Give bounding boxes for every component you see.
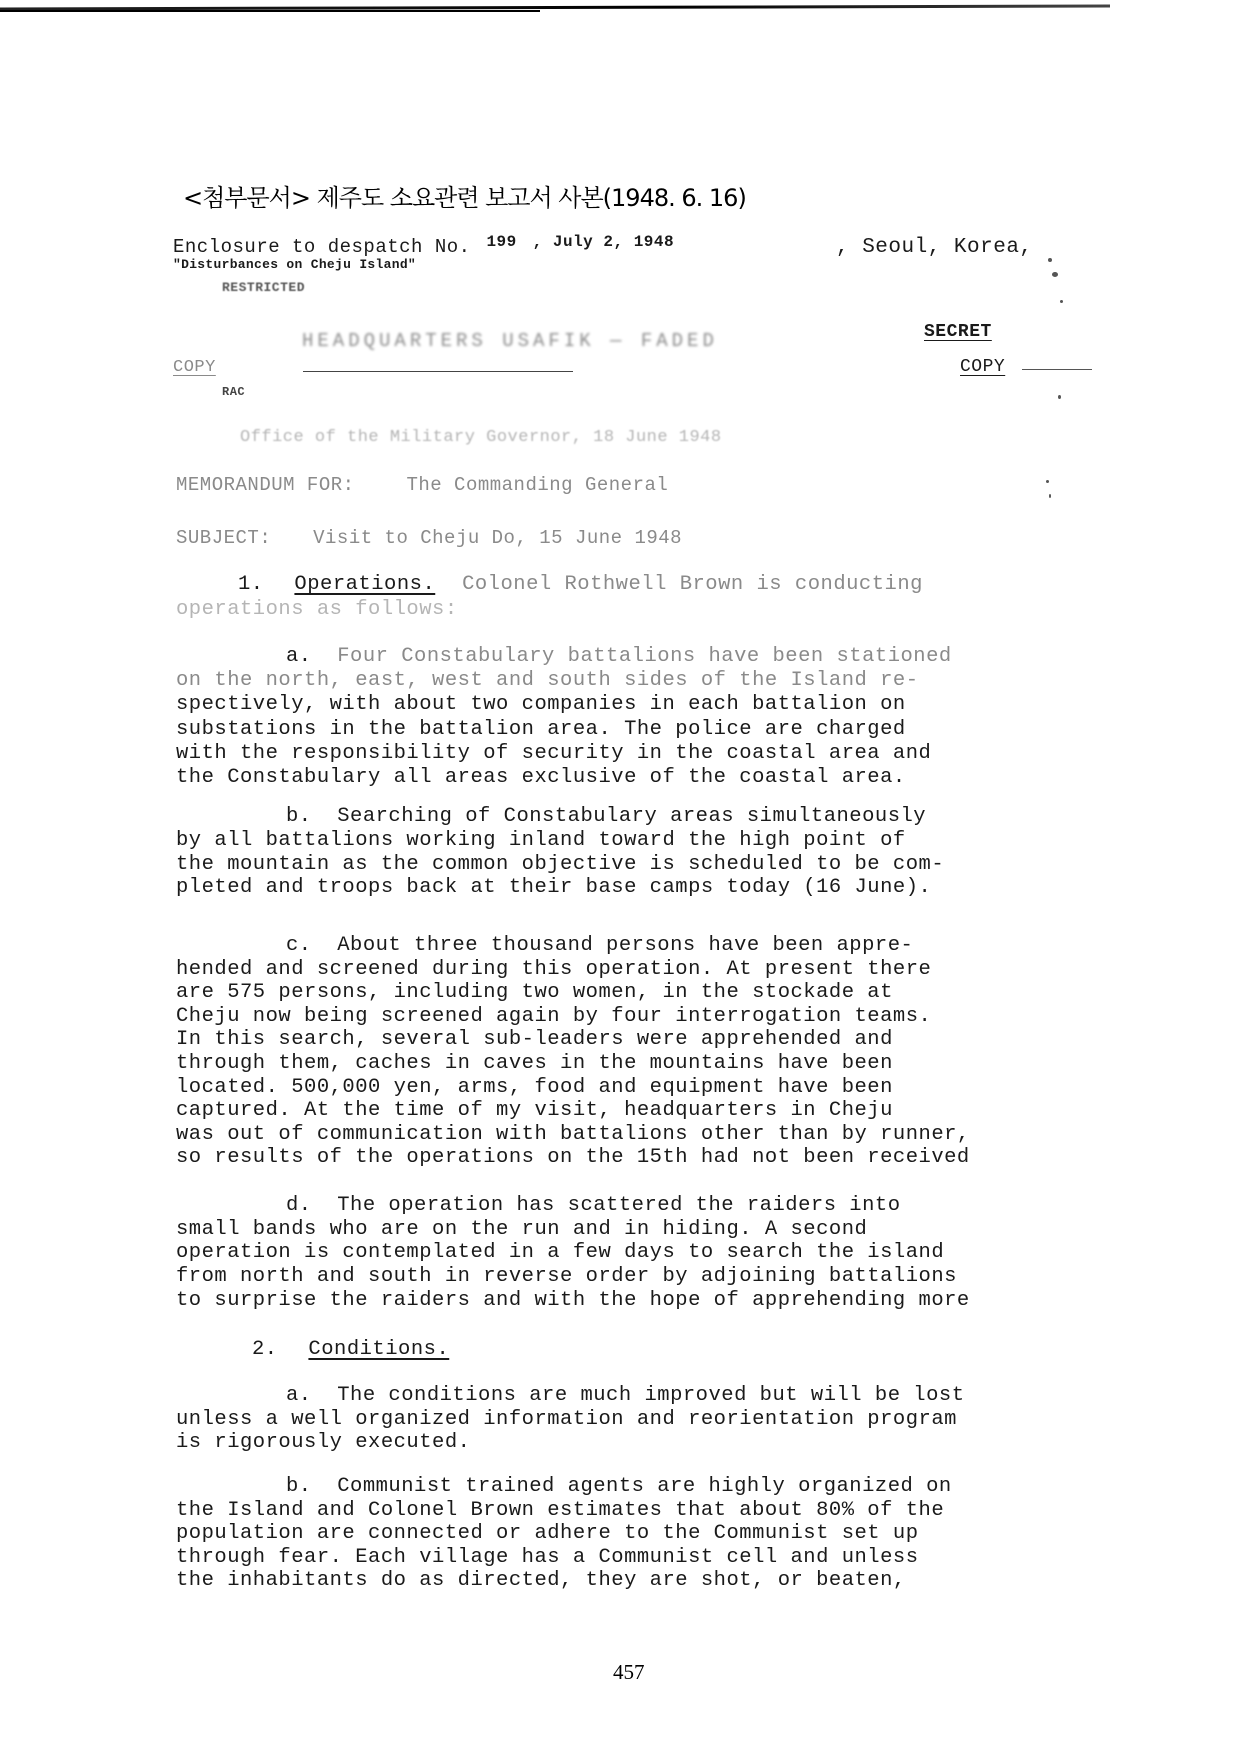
paragraph-line: substations in the battalion area. The p… xyxy=(176,718,952,742)
paragraph-line: unless a well organized information and … xyxy=(176,1408,965,1432)
enclosure-label: Enclosure to despatch No. xyxy=(173,236,471,258)
paragraph-1a: a. Four Constabulary battalions have bee… xyxy=(176,645,952,790)
paragraph-line: Four Constabulary battalions have been s… xyxy=(337,645,952,668)
paragraph-1b-letter: b. xyxy=(286,805,312,828)
paragraph-line: the Constabulary all areas exclusive of … xyxy=(176,766,952,790)
paragraph-line: The operation has scattered the raiders … xyxy=(337,1194,900,1217)
paragraph-line: through them, caches in caves in the mou… xyxy=(176,1052,970,1076)
page-number: 457 xyxy=(613,1660,645,1685)
section-2-title: Conditions. xyxy=(308,1338,449,1361)
scan-speck xyxy=(1048,258,1052,262)
faded-office-line: Office of the Military Governor, 18 June… xyxy=(240,428,722,447)
paragraph-line: pleted and troops back at their base cam… xyxy=(176,876,944,900)
classification-secret: SECRET xyxy=(924,322,992,342)
faded-heading: HEADQUARTERS USAFIK — FADED xyxy=(302,330,718,352)
memorandum-for: MEMORANDUM FOR: The Commanding General xyxy=(176,474,668,496)
scan-speck xyxy=(1046,480,1049,483)
scan-speck xyxy=(1060,300,1063,303)
paragraph-line: Cheju now being screened again by four i… xyxy=(176,1005,970,1029)
enclosure-line: Enclosure to despatch No. 199 , July 2, … xyxy=(173,236,674,258)
scan-speck xyxy=(1052,272,1058,277)
section-1-title: Operations. xyxy=(294,573,435,596)
paragraph-1c-letter: c. xyxy=(286,934,312,957)
section-1-intro-line-1: Colonel Rothwell Brown is conducting xyxy=(462,573,923,596)
paragraph-1b: b. Searching of Constabulary areas simul… xyxy=(176,805,944,900)
paragraph-line: The conditions are much improved but wil… xyxy=(337,1384,964,1407)
copy-left-initials: RAC xyxy=(222,385,245,399)
paragraph-line: with the responsibility of security in t… xyxy=(176,742,952,766)
paragraph-line: by all battalions working inland toward … xyxy=(176,829,944,853)
paragraph-1d: d. The operation has scattered the raide… xyxy=(176,1194,970,1313)
paragraph-line: population are connected or adhere to th… xyxy=(176,1522,952,1546)
paragraph-line: About three thousand persons have been a… xyxy=(337,934,913,957)
paragraph-2a: a. The conditions are much improved but … xyxy=(176,1384,965,1455)
memorandum-for-value: The Commanding General xyxy=(406,474,668,496)
despatch-number: 199 xyxy=(486,233,516,251)
section-1-heading: 1. Operations. Colonel Rothwell Brown is… xyxy=(238,573,923,596)
paragraph-line: the mountain as the common objective is … xyxy=(176,853,944,877)
paragraph-line: small bands who are on the run and in hi… xyxy=(176,1218,970,1242)
paragraph-2a-letter: a. xyxy=(286,1384,312,1407)
paragraph-line: the Island and Colonel Brown estimates t… xyxy=(176,1499,952,1523)
paragraph-line: Searching of Constabulary areas simultan… xyxy=(337,805,926,828)
subject-quote-line: "Disturbances on Cheju Island" xyxy=(173,257,416,272)
despatch-date: , July 2, 1948 xyxy=(533,233,674,251)
paragraph-1c: c. About three thousand persons have bee… xyxy=(176,934,970,1170)
paragraph-1d-letter: d. xyxy=(286,1194,312,1217)
paragraph-line: operation is contemplated in a few days … xyxy=(176,1241,970,1265)
paragraph-line: so results of the operations on the 15th… xyxy=(176,1146,970,1170)
copy-mark-left: COPY xyxy=(173,358,216,377)
paragraph-2b: b. Communist trained agents are highly o… xyxy=(176,1475,952,1593)
memo-subject-label: SUBJECT: xyxy=(176,527,271,549)
paragraph-line: the inhabitants do as directed, they are… xyxy=(176,1569,952,1593)
copy-mark-right: COPY xyxy=(960,357,1005,377)
paragraph-line: was out of communication with battalions… xyxy=(176,1123,970,1147)
document-caption: <첨부문서> 제주도 소요관련 보고서 사본(1948. 6. 16) xyxy=(183,178,746,213)
paragraph-line: Communist trained agents are highly orga… xyxy=(337,1475,952,1498)
paragraph-1a-letter: a. xyxy=(286,645,312,668)
paragraph-line: captured. At the time of my visit, headq… xyxy=(176,1099,970,1123)
paragraph-line: spectively, with about two companies in … xyxy=(176,693,952,717)
paragraph-line: are 575 persons, including two women, in… xyxy=(176,981,970,1005)
section-2-number: 2. xyxy=(252,1338,278,1361)
paragraph-line: to surprise the raiders and with the hop… xyxy=(176,1289,970,1313)
section-1-number: 1. xyxy=(238,573,264,596)
paragraph-line: on the north, east, west and south sides… xyxy=(176,669,952,693)
copy-right-tail-rule xyxy=(1022,369,1092,370)
section-2-heading: 2. Conditions. xyxy=(252,1338,449,1361)
paragraph-line: located. 500,000 yen, arms, food and equ… xyxy=(176,1076,970,1100)
memorandum-for-label: MEMORANDUM FOR: xyxy=(176,474,355,496)
paragraph-line: is rigorously executed. xyxy=(176,1431,965,1455)
paragraph-line: through fear. Each village has a Communi… xyxy=(176,1546,952,1570)
restricted-stamp: RESTRICTED xyxy=(222,280,305,295)
paragraph-line: In this search, several sub-leaders were… xyxy=(176,1028,970,1052)
section-1-intro-line-2: operations as follows: xyxy=(176,598,458,621)
memo-subject: SUBJECT: Visit to Cheju Do, 15 June 1948 xyxy=(176,527,682,549)
heading-rule xyxy=(303,371,573,372)
paragraph-2b-letter: b. xyxy=(286,1475,312,1498)
location-line: , Seoul, Korea, xyxy=(836,236,1033,259)
scan-speck xyxy=(1058,395,1061,399)
scan-speck xyxy=(1049,494,1051,498)
memo-subject-value: Visit to Cheju Do, 15 June 1948 xyxy=(313,527,682,549)
paragraph-line: hended and screened during this operatio… xyxy=(176,958,970,982)
scan-edge-line-secondary xyxy=(0,10,540,12)
paragraph-line: from north and south in reverse order by… xyxy=(176,1265,970,1289)
